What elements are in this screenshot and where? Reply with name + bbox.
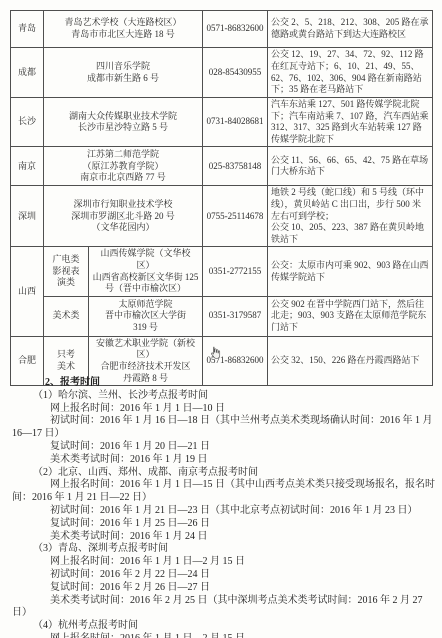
directions-cell: 公交 902 在晋中学院西门站下，然后往北走；903、903 支路在太原师范学院… (268, 296, 433, 336)
city-cell: 青岛 (11, 11, 44, 48)
phone-cell: 0731-84028681 (203, 98, 268, 147)
text-line: （4）杭州考点报考时间 (33, 620, 436, 633)
category-cell: 广电类 影视表 演类 (44, 247, 89, 296)
directions-cell: 汽车东站乘 127、501 路传媒学院北院下；汽车南站乘 7、107 路，汽车西… (268, 98, 433, 147)
phone-cell: 0351-3179587 (203, 296, 268, 336)
school-cell: 江苏第二师范学院 （原江苏教育学院） 南京市北京西路 77 号 (44, 147, 203, 186)
text-line: 网上报名时间：2016 年 1 月 1 日—15 日（其中山西考点美术类只接受现… (50, 479, 436, 492)
text-line: （1）哈尔滨、兰州、长沙考点报考时间 (33, 390, 436, 403)
city-cell: 长沙 (11, 98, 44, 147)
directions-cell: 公交：太原市内可乘 902、903 路在山西传媒学院站下 (268, 247, 433, 296)
directions-cell: 公交 12、19、27、34、72、92、112 路在红瓦寺站下；6、10、21… (268, 48, 433, 98)
text-line: 初试时间：2016 年 1 月 21 日—23 日（其中北京考点初试时间：201… (50, 505, 436, 518)
city-cell: 深圳 (11, 186, 44, 247)
text-line: （3）青岛、深圳考点报考时间 (33, 543, 436, 556)
school-cell: 太原师范学院 晋中市榆次区大学街 319 号 (89, 296, 203, 336)
city-cell: 成都 (11, 48, 44, 98)
text-line: 网上报名时间：2016 年 1 月 1 日—10 日 (50, 403, 436, 416)
school-cell: 山西传媒学院（文华校区） 山西省高校新区文华街 125 号（晋中市榆次区） (89, 247, 203, 296)
table-row: 南京 江苏第二师范学院 （原江苏教育学院） 南京市北京西路 77 号 025-8… (11, 147, 433, 186)
section-heading: 2、报考时间 (45, 377, 436, 390)
phone-cell: 0351-2772155 (203, 247, 268, 296)
text-line: 美术类考试时间：2016 年 1 月 24 日 (50, 531, 436, 544)
directions-cell: 公交 11、56、66、65、42、75 路在草场门大桥东站下 (268, 147, 433, 186)
phone-cell: 028-85430955 (203, 48, 268, 98)
table-row: 成都 四川音乐学院 成都市新生路 6 号 028-85430955 公交 12、… (11, 48, 433, 98)
registration-time-section: 2、报考时间 （1）哈尔滨、兰州、长沙考点报考时间 网上报名时间：2016 年 … (10, 377, 436, 638)
school-cell: 青岛艺术学校（大连路校区） 青岛市市北区大连路 18 号 (44, 11, 203, 48)
text-line: 日） (12, 607, 436, 620)
directions-cell: 地铁 2 号线（蛇口线）和 5 号线（环中线），黄贝岭站 C 出口出，步行 50… (268, 186, 433, 247)
city-cell: 山西 (11, 247, 44, 336)
table-row: 长沙 湖南大众传媒职业技术学院 长沙市星沙特立路 5 号 0731-840286… (11, 98, 433, 147)
text-line: 初试时间：2016 年 2 月 22 日—24 日 (50, 569, 436, 582)
table-row: 深圳 深圳市行知职业技术学校 深圳市罗湖区北斗路 20 号 （文华花园内） 07… (11, 186, 433, 247)
category-cell: 美术类 (44, 296, 89, 336)
text-line: 间：2016 年 1 月 21 日—22 日） (12, 492, 436, 505)
text-line: 复试时间：2016 年 1 月 20 日—21 日 (50, 441, 436, 454)
city-cell: 南京 (11, 147, 44, 186)
text-line: 复试时间：2016 年 2 月 26 日—27 日 (50, 582, 436, 595)
school-cell: 深圳市行知职业技术学校 深圳市罗湖区北斗路 20 号 （文华花园内） (44, 186, 203, 247)
table-row: 美术类 太原师范学院 晋中市榆次区大学街 319 号 0351-3179587 … (11, 296, 433, 336)
exam-site-table: 青岛 青岛艺术学校（大连路校区） 青岛市市北区大连路 18 号 0571-868… (10, 10, 433, 386)
text-line: 复试时间：2016 年 1 月 25 日—26 日 (50, 518, 436, 531)
phone-cell: 0571-86832600 (203, 11, 268, 48)
school-cell: 四川音乐学院 成都市新生路 6 号 (44, 48, 203, 98)
text-line: 初试时间：2016 年 1 月 16 日—18 日（其中兰州考点美术类现场确认时… (50, 415, 436, 428)
text-line: 美术类考试时间：2016 年 2 月 25 日（其中深圳考点美术类考试时间：20… (50, 595, 436, 608)
school-cell: 湖南大众传媒职业技术学院 长沙市星沙特立路 5 号 (44, 98, 203, 147)
text-line: 网上报名时间：2016 年 1 月 1 日—2 月 15 日 (50, 633, 436, 638)
phone-cell: 0755-25114678 (203, 186, 268, 247)
directions-cell: 公交 2、5、218、212、308、205 路在承德路或黄台路站下到达大连路校… (268, 11, 433, 48)
text-line: 16—17 日） (12, 428, 436, 441)
text-line: （2）北京、山西、郑州、成都、南京考点报考时间 (33, 467, 436, 480)
table-row: 青岛 青岛艺术学校（大连路校区） 青岛市市北区大连路 18 号 0571-868… (11, 11, 433, 48)
text-line: 美术类考试时间：2016 年 1 月 19 日 (50, 454, 436, 467)
table-row: 山西 广电类 影视表 演类 山西传媒学院（文华校区） 山西省高校新区文华街 12… (11, 247, 433, 296)
scanned-document-page: 青岛 青岛艺术学校（大连路校区） 青岛市市北区大连路 18 号 0571-868… (0, 0, 442, 638)
phone-cell: 025-83758148 (203, 147, 268, 186)
text-line: 网上报名时间：2016 年 1 月 1 日—2 月 15 日 (50, 556, 436, 569)
